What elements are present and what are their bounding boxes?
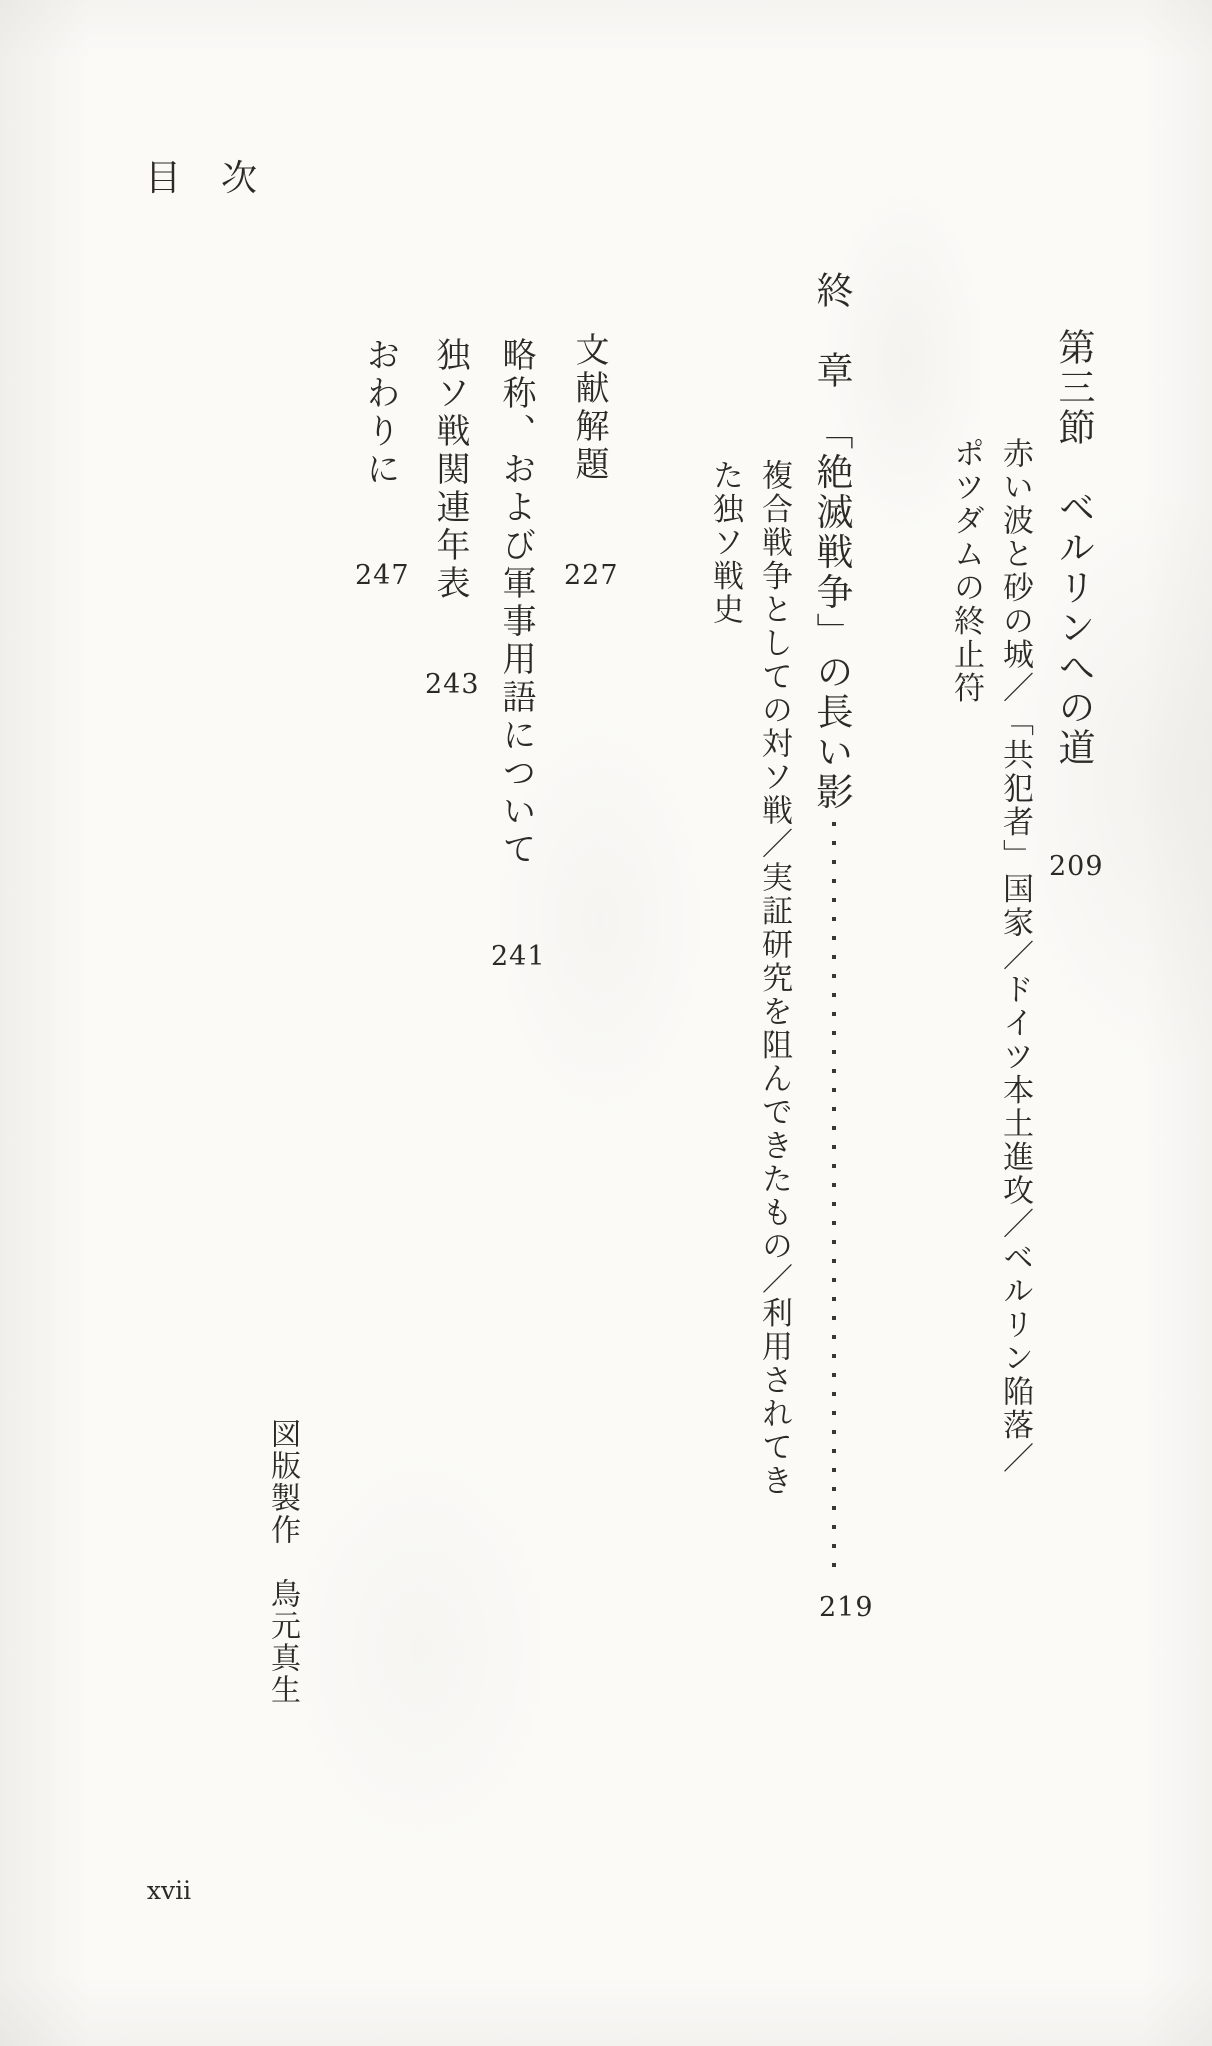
entry-bibliography-page: 227 [564,560,616,591]
illustration-credit: 図版製作 鳥元真生 [267,1418,297,1706]
entry-abbreviations-title: 略称、および軍事用語について [499,337,533,869]
section3-heading: 第三節 ベルリンへの道 [1055,328,1092,768]
folio-page-number: xvii [144,1876,194,1905]
final-chapter-page-number: 219 [819,1592,871,1623]
entry-afterword-page: 247 [355,560,407,591]
section3-subitems-line1: 赤い波と砂の城／「共犯者」国家／ドイツ本土進攻／ベルリン陥落／ [999,437,1030,1476]
book-page: 目 次 第三節 ベルリンへの道 209 赤い波と砂の城／「共犯者」国家／ドイツ本… [0,0,1212,2046]
entry-afterword-title: おわりに [363,337,397,489]
section3-subitems-line2: ポツダムの終止符 [950,437,981,705]
entry-abbreviations-page: 241 [491,941,543,972]
final-chapter-subitems-line2: た独ソ戦史 [709,459,740,627]
final-chapter-heading: 終 章 「絶滅戦争」の長い影 [813,271,850,813]
section3-page-number: 209 [1049,851,1101,882]
final-chapter-subitems-line1: 複合戦争としての対ソ戦／実証研究を阻んできたもの／利用されてき [758,459,789,1498]
dotted-leader [832,822,836,1574]
toc-title: 目 次 [145,150,259,201]
entry-chronology-title: 独ソ戦関連年表 [433,337,467,603]
entry-bibliography-title: 文献解題 [572,332,606,484]
entry-chronology-page: 243 [425,669,477,700]
